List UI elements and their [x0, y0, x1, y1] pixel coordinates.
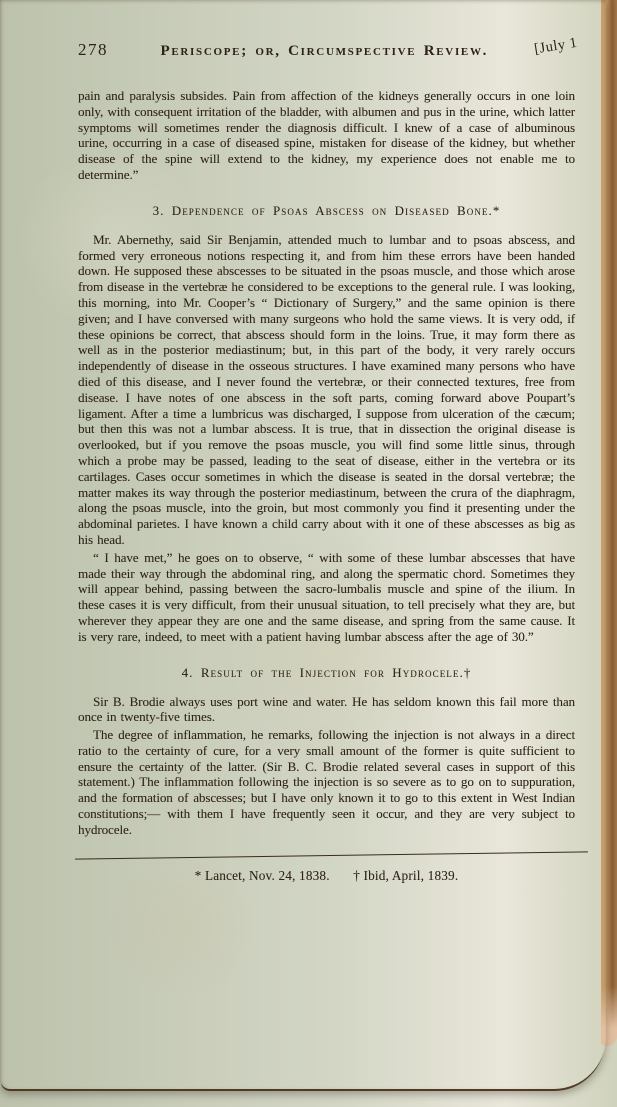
footnote-ibid: † Ibid, April, 1839.	[353, 868, 458, 883]
page-number: 278	[78, 40, 108, 60]
section-4-heading: 4. Result of the Injection for Hydrocele…	[78, 666, 575, 681]
footnote-divider-rule	[75, 851, 588, 859]
page-header: 278 Periscope; or, Circumspective Review…	[78, 40, 578, 60]
section-3-paragraph-1: Mr. Abernethy, said Sir Benjamin, attend…	[78, 232, 575, 548]
intro-paragraph: pain and paralysis subsides. Pain from a…	[78, 88, 575, 183]
book-page: 278 Periscope; or, Circumspective Review…	[0, 0, 606, 1089]
section-4-paragraph-1: Sir B. Brodie always uses port wine and …	[78, 694, 575, 726]
section-3-paragraph-2: “ I have met,” he goes on to observe, “ …	[78, 550, 575, 645]
section-4-paragraph-2: The degree of inflammation, he remarks, …	[78, 727, 575, 838]
footnote: * Lancet, Nov. 24, 1838. † Ibid, April, …	[78, 868, 575, 884]
scanned-book-page-photo: 278 Periscope; or, Circumspective Review…	[0, 0, 617, 1107]
journal-title: Periscope; or, Circumspective Review.	[161, 43, 489, 60]
section-3-heading: 3. Dependence of Psoas Abscess on Diseas…	[78, 204, 575, 219]
issue-date: [July 1	[533, 35, 579, 59]
footnote-lancet: * Lancet, Nov. 24, 1838.	[195, 868, 330, 883]
page-body: pain and paralysis subsides. Pain from a…	[78, 86, 575, 884]
